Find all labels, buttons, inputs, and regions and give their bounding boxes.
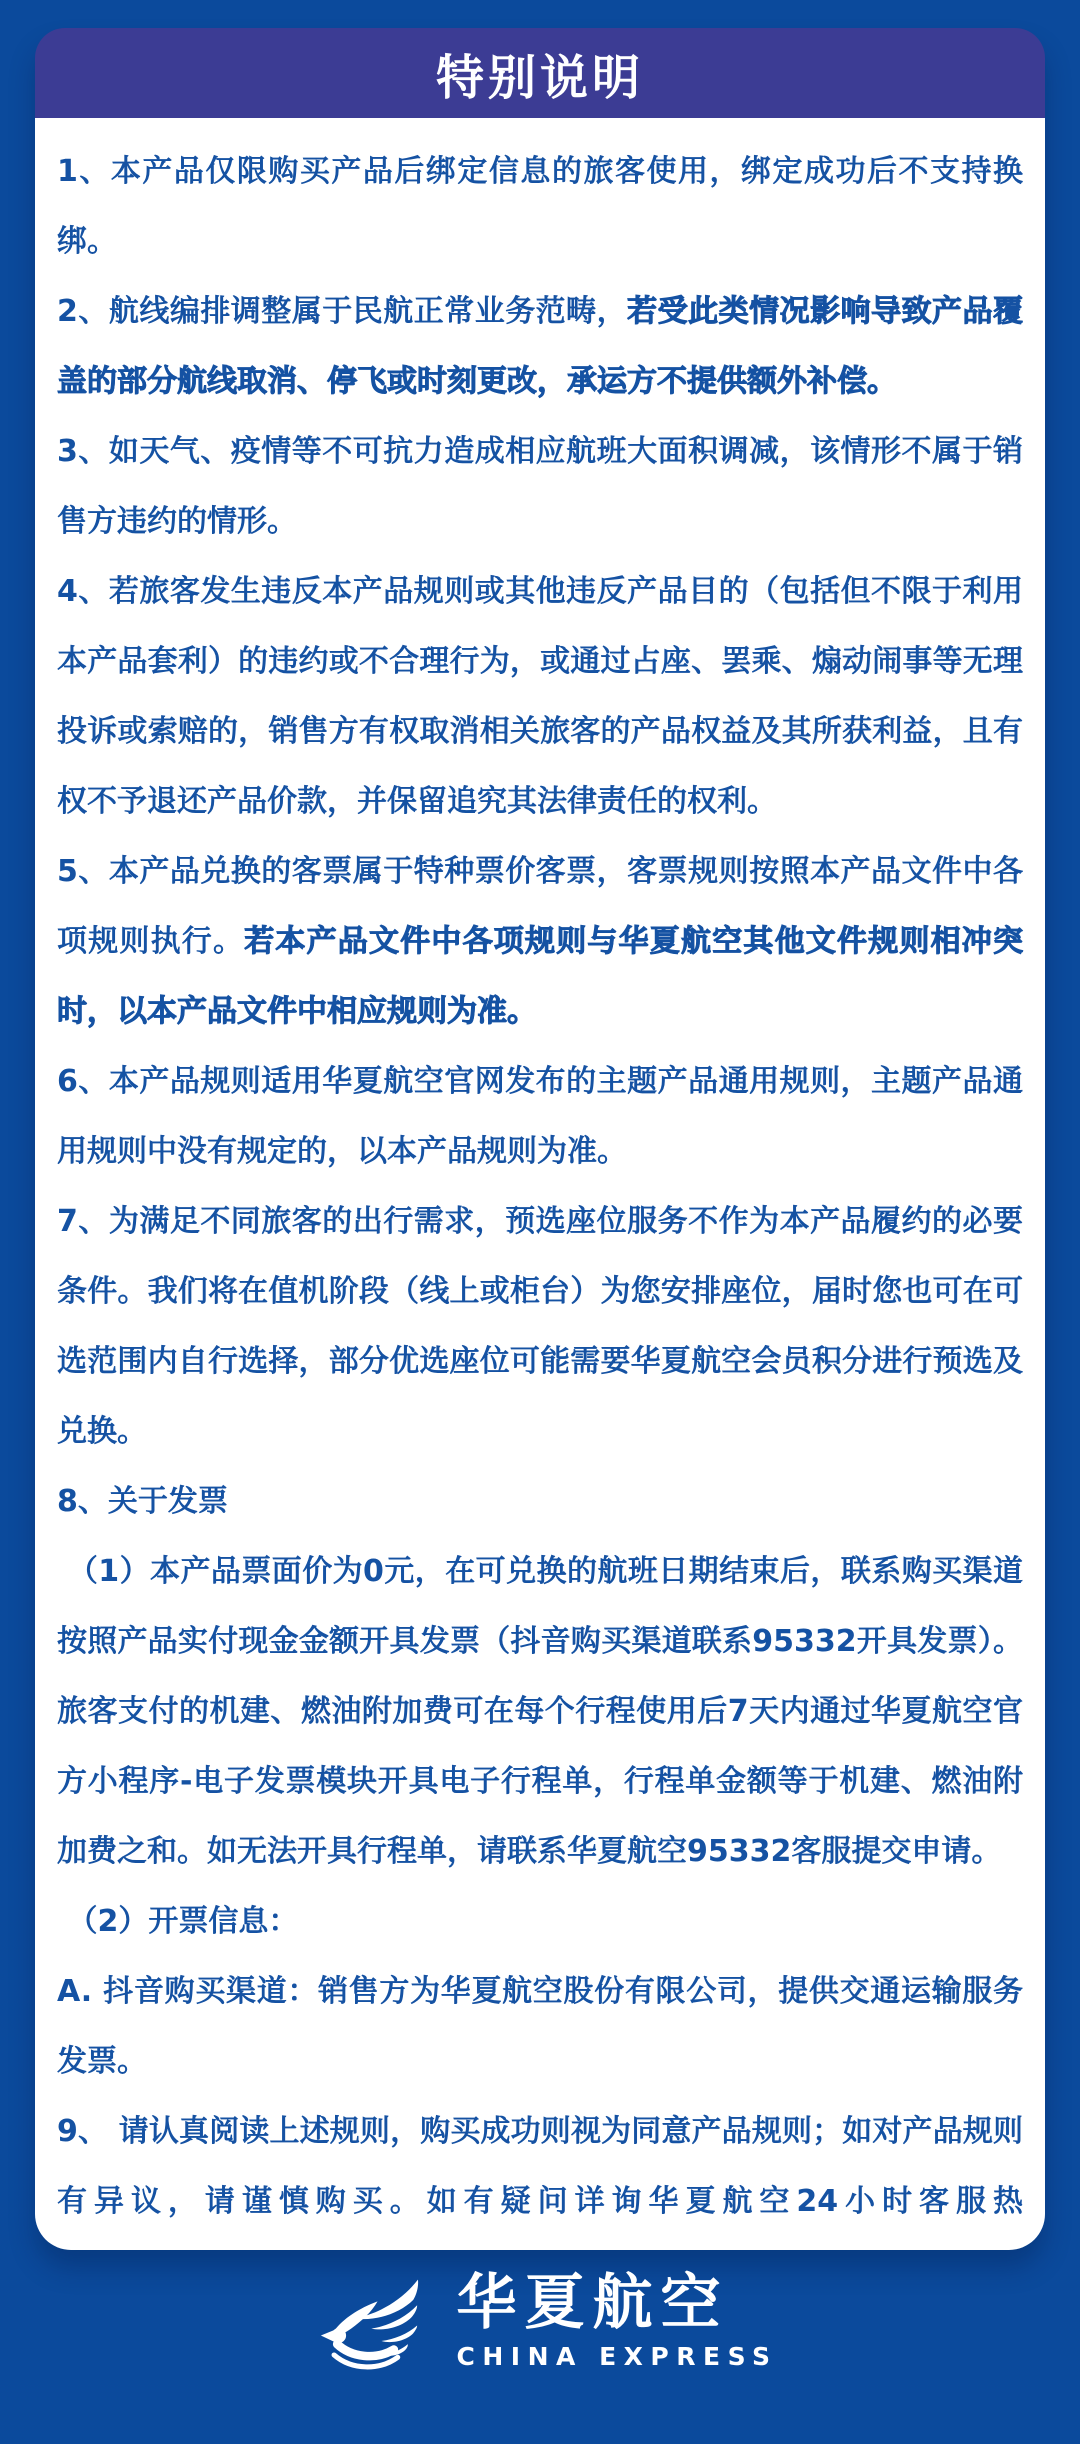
dove-icon xyxy=(303,2270,435,2398)
logo-en: CHINA EXPRESS xyxy=(457,2342,778,2372)
rule-segment: 1、本产品仅限购买产品后绑定信息的旅客使用，绑定成功后不支持换绑。 xyxy=(57,154,1023,259)
special-notes-panel: 特别说明 1、本产品仅限购买产品后绑定信息的旅客使用，绑定成功后不支持换绑。2、… xyxy=(35,28,1045,2250)
page-title: 特别说明 xyxy=(436,39,644,108)
logo-cn: 华夏航空 xyxy=(457,2266,729,2340)
rule-item: 7、为满足不同旅客的出行需求，预选座位服务不作为本产品履约的必要条件。我们将在值… xyxy=(57,1187,1023,1467)
rule-item: 3、如天气、疫情等不可抗力造成相应航班大面积调减，该情形不属于销售方违约的情形。 xyxy=(57,417,1023,557)
rule-segment: 4、若旅客发生违反本产品规则或其他违反产品目的（包括但不限于利用本产品套利）的违… xyxy=(57,574,1023,819)
rule-segment: 8、关于发票 xyxy=(57,1484,228,1519)
rule-item: 4、若旅客发生违反本产品规则或其他违反产品目的（包括但不限于利用本产品套利）的违… xyxy=(57,557,1023,837)
rule-segment: 9、 请认真阅读上述规则，购买成功则视为同意产品规则；如对产品规则有异议，请谨慎… xyxy=(57,2114,1023,2250)
rule-segment: A. 抖音购买渠道：销售方为华夏航空股份有限公司，提供交通运输服务发票。 xyxy=(57,1974,1023,2079)
rule-item: 8、关于发票 xyxy=(57,1467,1023,1537)
rule-segment: 2、航线编排调整属于民航正常业务范畴， xyxy=(57,294,627,329)
rule-segment: 3、如天气、疫情等不可抗力造成相应航班大面积调减，该情形不属于销售方违约的情形。 xyxy=(57,434,1023,539)
page: 特别说明 1、本产品仅限购买产品后绑定信息的旅客使用，绑定成功后不支持换绑。2、… xyxy=(0,0,1080,2444)
rule-item: （1）本产品票面价为0元，在可兑换的航班日期结束后，联系购买渠道按照产品实付现金… xyxy=(57,1537,1023,1887)
rule-item: 2、航线编排调整属于民航正常业务范畴，若受此类情况影响导致产品覆盖的部分航线取消… xyxy=(57,277,1023,417)
rule-item: 5、本产品兑换的客票属于特种票价客票，客票规则按照本产品文件中各项规则执行。若本… xyxy=(57,837,1023,1047)
logo-text: 华夏航空 CHINA EXPRESS xyxy=(457,2266,778,2372)
footer-logo: 华夏航空 CHINA EXPRESS xyxy=(0,2266,1080,2398)
rule-item: 1、本产品仅限购买产品后绑定信息的旅客使用，绑定成功后不支持换绑。 xyxy=(57,137,1023,277)
rules-list: 1、本产品仅限购买产品后绑定信息的旅客使用，绑定成功后不支持换绑。2、航线编排调… xyxy=(57,137,1023,2250)
rule-segment: 6、本产品规则适用华夏航空官网发布的主题产品通用规则，主题产品通用规则中没有规定… xyxy=(57,1064,1023,1169)
rule-item: （2）开票信息： xyxy=(57,1887,1023,1957)
rule-segment: 7、为满足不同旅客的出行需求，预选座位服务不作为本产品履约的必要条件。我们将在值… xyxy=(57,1204,1023,1449)
rule-item: A. 抖音购买渠道：销售方为华夏航空股份有限公司，提供交通运输服务发票。 xyxy=(57,1957,1023,2097)
rule-item: 9、 请认真阅读上述规则，购买成功则视为同意产品规则；如对产品规则有异议，请谨慎… xyxy=(57,2097,1023,2250)
rules-card: 1、本产品仅限购买产品后绑定信息的旅客使用，绑定成功后不支持换绑。2、航线编排调… xyxy=(35,118,1045,2250)
page-header: 特别说明 xyxy=(35,28,1045,118)
rule-segment: （2）开票信息： xyxy=(57,1904,298,1939)
rule-item: 6、本产品规则适用华夏航空官网发布的主题产品通用规则，主题产品通用规则中没有规定… xyxy=(57,1047,1023,1187)
rule-segment: （1）本产品票面价为0元，在可兑换的航班日期结束后，联系购买渠道按照产品实付现金… xyxy=(57,1554,1023,1869)
